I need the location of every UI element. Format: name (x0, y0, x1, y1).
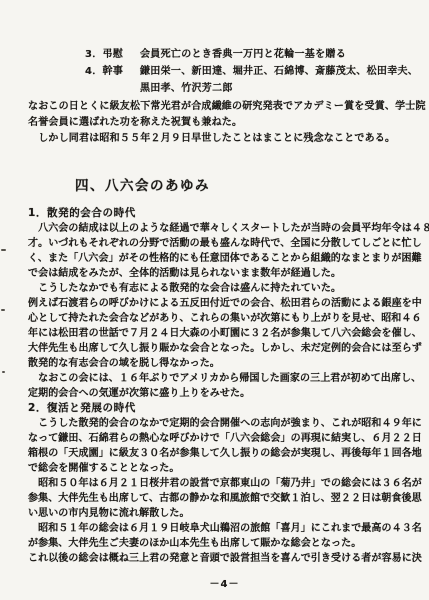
text-line: で会は結成をみたが、全体的活動は見られないまま数年が経過した。 (28, 266, 421, 281)
text-line: 年には松田君の世話で７月２４日大森の小町園に３２名が参集して八六会総会を催し、 (28, 326, 421, 341)
scan-artifact (1, 249, 6, 251)
page-number: －4－ (28, 575, 421, 590)
text-line: 例えば石渡君らの呼びかけによる五反田付近での会合、松田君らの活動による銀座を中 (28, 296, 421, 311)
officers-block: 3．弔慰 会員死亡のとき香典一万円と花輪一基を贈る 4．幹事 鎌田栄一、新田達、… (28, 46, 421, 147)
scanned-document-page: 3．弔慰 会員死亡のとき香典一万円と花輪一基を贈る 4．幹事 鎌田栄一、新田達、… (0, 0, 429, 600)
officer-row-text: 鎌田栄一、新田達、堀井正、石綿博、斎藤茂太、松田幸夫、黒田孝、竹沢芳二郎 (140, 63, 421, 97)
text-line: で総会を開催することとなった。 (28, 461, 421, 476)
text-line: 参集、大伴先生も出席して、古都の静かな和風旅館で交歓１泊し、翌２２日は朝食後思 (28, 491, 421, 506)
text-line: 会員死亡のとき香典一万円と花輪一基を贈る (140, 46, 421, 63)
officer-row-label: 3．弔慰 (85, 46, 140, 63)
text-line: 鎌田栄一、新田達、堀井正、石綿博、斎藤茂太、松田幸夫、 (140, 63, 421, 80)
text-line: こうしたなかでも有志による散発的な会合は盛んに持たれていた。 (28, 281, 421, 296)
officer-row-secretaries: 4．幹事 鎌田栄一、新田達、堀井正、石綿博、斎藤茂太、松田幸夫、黒田孝、竹沢芳二… (85, 63, 421, 97)
section-body-2: こうした散発的会合のなかで定期的会合開催への志向が強まり、これが昭和４９年になっ… (28, 416, 421, 566)
text-line: 箱根の「天成園」に級友３０名が参集して久し振りの総会が実現し、再後毎年１回各地 (28, 446, 421, 461)
text-line: 昭和５０年は６月２１日桜井君の設営で京都東山の「菊乃井」での総会には３６名が (28, 476, 421, 491)
text-line: が参集、大伴先生ご夫妻のほか山本先生も出席して賑かな総会となった。 (28, 536, 421, 551)
text-line: 大伴先生も出席して久し振り賑かな会合となった。しかし、未だ定例的会合には至らず (28, 341, 421, 356)
text-line: 才。いづれもそれぞれの分野で活動の最も盛んな時代で、全国に分散してしごとに忙し (28, 236, 421, 251)
text-line: 定期的会合への気運が次第に盛り上りをみせた。 (28, 386, 421, 401)
officer-row-condolence: 3．弔慰 会員死亡のとき香典一万円と花輪一基を贈る (85, 46, 421, 63)
text-line: 散発的な有志会合の域を脱し得なかった。 (28, 356, 421, 371)
scan-artifact (2, 371, 5, 373)
text-line: 心として持たれた会合などがあり、これらの集いが次第にもり上がりを見せ、昭和４６ (28, 311, 421, 326)
text-line: なおこの会には、１６年ぶりでアメリカから帰国した画家の三上君が初めて出席し、 (28, 371, 421, 386)
text-line: なって鎌田、石綿君らの熱心な呼びかけで「八六会総会」の再現に結実し、６月２２日 (28, 431, 421, 446)
text-line: こうした散発的会合のなかで定期的会合開催への志向が強まり、これが昭和４９年に (28, 416, 421, 431)
text-line: これ以後の総会は概ね三上君の発意と音頭で設営担当を喜んで引き受ける者が容易に決 (28, 551, 421, 566)
text-line: 黒田孝、竹沢芳二郎 (140, 80, 421, 97)
section-body-1: 八六会の結成は以上のような経過で華々しくスタートしたが当時の会員平均年令は４８才… (28, 221, 421, 401)
text-line: く、また「八六会」がその性格的にも任意団体であることから組織的なまとまりが困難 (28, 251, 421, 266)
chapter-title: 四、八六会のあゆみ (75, 177, 421, 195)
text-line: 八六会の結成は以上のような経過で華々しくスタートしたが当時の会員平均年令は４８ (28, 221, 421, 236)
text-line: い思いの市内見物に流れ解散した。 (28, 506, 421, 521)
officer-row-text: 会員死亡のとき香典一万円と花輪一基を贈る (140, 46, 421, 63)
text-line: 名誉会員に選ばれた功を称えた祝賀も兼ねた。 (28, 115, 421, 131)
section-heading-1: 1．散発的会合の時代 (28, 206, 421, 221)
text-line: 昭和５１年の総会は６月１９日岐阜犬山鵜沼の旅館「喜月」にこれまで最高の４３名 (28, 521, 421, 536)
section-heading-2: 2．復活と発展の時代 (28, 401, 421, 416)
text-line: なおこの日とくに級友松下常光君が合成繊維の研究発表でアカデミー賞を受賞、学士院 (28, 99, 421, 115)
text-line: しかし同君は昭和５５年２月９日早世したことはまことに残念なことである。 (28, 131, 421, 147)
scan-artifact (1, 309, 5, 311)
note-paragraph: なおこの日とくに級友松下常光君が合成繊維の研究発表でアカデミー賞を受賞、学士院名… (28, 99, 421, 147)
officer-row-label: 4．幹事 (85, 63, 140, 97)
